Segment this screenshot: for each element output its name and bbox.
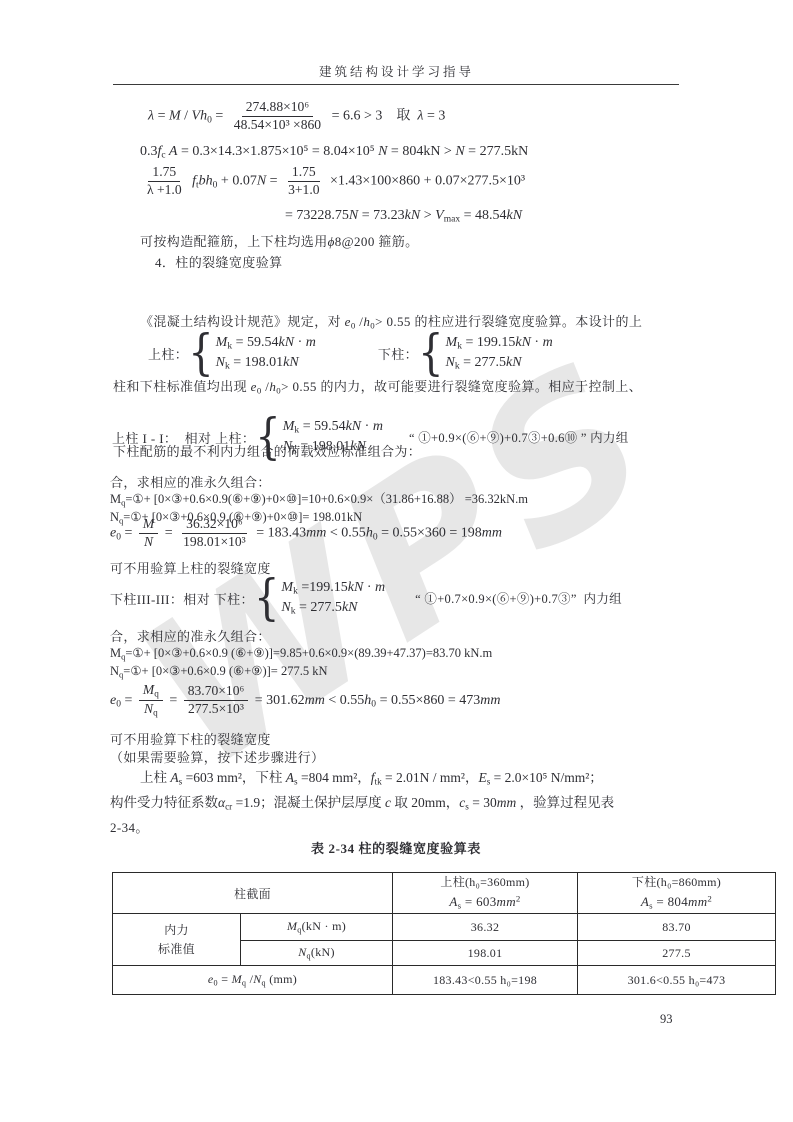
document-page: WPS 建筑结构设计学习指导 λ = M / Vh0 = 274.88×10⁶4…: [0, 0, 793, 1122]
formula-token: mm: [306, 526, 326, 541]
formula-token: A: [286, 770, 294, 785]
formula-token: M: [283, 419, 295, 434]
alpha-parameters-line: 构件受力特征系数αcr =1.9；混凝土保护层厚度 c 取 20mm，cs = …: [110, 794, 614, 813]
formula-token: 可按构造配箍筋，上下柱均选用: [140, 234, 328, 249]
fraction-numerator: 1.75: [288, 164, 320, 182]
fraction: 83.70×10⁶277.5×10³: [184, 683, 249, 718]
group-line-2: 标准值: [113, 940, 240, 959]
stirrup-note: 可按构造配箍筋，上下柱均选用ϕ8@200 箍筋。: [140, 231, 419, 250]
formula-token: = 603: [461, 894, 496, 909]
formula-token: ·: [531, 335, 543, 350]
formula-token: =: [121, 693, 136, 708]
fraction: 274.88×10⁶48.54×10³ ×860: [230, 99, 325, 134]
formula-token: = 0.55×360 = 198: [378, 526, 482, 541]
formula-token: A: [170, 770, 178, 785]
formula-token: = 804kN >: [387, 144, 455, 159]
formula-token: =①+ [0×③+0.6×0.9(⑥+⑨)+0×⑩]=10+0.6×0.9×（3…: [125, 492, 528, 506]
fraction: 36.32×10⁶198.01×10³: [179, 516, 250, 551]
standard-combination-row: 上柱： { Mk = 59.54kN · m Nk = 198.01kN 下柱：…: [148, 333, 553, 373]
formula-token: 0.3: [140, 144, 158, 159]
cases-lines: Mk = 199.15kN · m Nk = 277.5kN: [446, 335, 553, 371]
formula-token: N: [144, 701, 153, 716]
upper-column-I-I-row: 上柱 I - I： 相对 上柱： { Mk = 59.54kN · m Nk =…: [112, 417, 629, 457]
formula-token: N: [283, 439, 292, 454]
formula-token: M: [232, 972, 242, 986]
formula-token: = 59.54: [232, 335, 278, 350]
table-row-mq: 内力 标准值 Mq(kN · m) 36.32 83.70: [113, 914, 776, 941]
formula-token: =①+ [0×③+0.6×0.9 (⑥+⑨)]=9.85+0.6×0.9×(89…: [125, 646, 492, 660]
fraction: MqNq: [139, 682, 163, 719]
quasi-permanent-intro: 合，求相应的准永久组合：: [110, 472, 271, 491]
combination-quote: “ ①+0.9×(⑥+⑨)+0.7③+0.6⑩ ” 内力组: [409, 428, 629, 446]
formula-token: A: [641, 894, 649, 909]
nk-line: Nk = 198.01kN: [216, 355, 316, 372]
cases-lines: Mk =199.15kN · m Nk = 277.5kN: [281, 580, 385, 616]
formula-token: 2: [516, 893, 521, 903]
fraction-numerator: 36.32×10⁶: [182, 516, 247, 534]
formula-token: kN: [515, 335, 531, 350]
fraction: 1.75λ +1.0: [143, 164, 186, 199]
fraction-numerator: 1.75: [148, 164, 180, 182]
code-paragraph: 《混凝土结构设计规范》规定，对 e0 /h0> 0.55 的柱应进行裂缝宽度验算…: [113, 271, 685, 503]
mq-lower-cell: 83.70: [578, 914, 776, 941]
formula-token: kN: [350, 439, 366, 454]
formula-token: h: [366, 526, 373, 541]
formula-token: M: [143, 516, 154, 531]
formula-token: 2: [707, 893, 712, 903]
table-row-e0: e0 = Mq /Nq (mm) 183.43<0.55 h₀=198 301.…: [113, 966, 776, 995]
formula-token: N: [257, 174, 266, 189]
formula-token: bh: [199, 174, 213, 189]
upper-column-header-cell: 上柱(h₀=360mm) As = 603mm2: [393, 873, 578, 914]
formula-token: m: [373, 419, 383, 434]
fraction-denominator: N: [140, 534, 157, 551]
formula-token: N: [298, 945, 306, 959]
fraction: 1.753+1.0: [284, 164, 323, 199]
formula-token: N: [349, 208, 358, 223]
e0-lower-cell: 301.6<0.55 h₀=473: [578, 966, 776, 995]
formula-token: = 199.15: [462, 335, 515, 350]
combination-quote: “ ①+0.7×0.9×(⑥+⑨)+0.7③” 内力组: [415, 589, 622, 607]
formula-token: > 0.55 的内力，故可能要进行裂缝宽度验算。相应于控制上、: [281, 379, 642, 394]
group-line-1: 内力: [113, 921, 240, 940]
formula-token: = 277.5: [460, 355, 506, 370]
formula-token: N: [455, 144, 464, 159]
formula-token: =: [161, 526, 176, 541]
formula-token: tk: [375, 777, 382, 787]
formula-token: M: [281, 580, 293, 595]
formula-token: kN: [342, 600, 358, 615]
formula-token: = 804: [653, 894, 688, 909]
formula-token: ·: [361, 419, 373, 434]
formula-token: =: [218, 972, 232, 986]
lower-III-III-label: 下柱III-III：相对 下柱：: [110, 589, 254, 608]
formula-token: = 2.0×10⁵ N/mm²；: [490, 770, 602, 785]
formula-token: 上柱: [140, 770, 170, 785]
formula-token: mm: [480, 693, 500, 708]
formula-token: =: [266, 174, 281, 189]
group-label-cell: 内力 标准值: [113, 914, 241, 966]
formula-token: 《混凝土结构设计规范》规定，对: [140, 314, 345, 329]
formula-token: = 59.54: [299, 419, 345, 434]
formula-token: /: [181, 109, 192, 124]
nk-line: Nk = 198.01kN: [283, 439, 383, 456]
formula-token: M: [110, 646, 121, 660]
fraction-denominator: 48.54×10³ ×860: [230, 117, 325, 134]
formula-token: = 3: [423, 109, 445, 124]
formula-token: N: [216, 355, 225, 370]
formula-token: (mm): [266, 972, 297, 986]
mk-line: Mk = 59.54kN · m: [216, 335, 316, 352]
formula-token: =①+ [0×③+0.6×0.9 (⑥+⑨)]= 277.5 kN: [123, 664, 327, 678]
formula-token: =199.15: [298, 580, 348, 595]
formula-token: =: [166, 693, 181, 708]
quasi-permanent-intro: 合，求相应的准永久组合：: [110, 626, 271, 645]
formula-token: kN: [283, 355, 299, 370]
left-brace: {: [188, 329, 213, 378]
formula-token: M: [110, 492, 121, 506]
lower-column-label: 下柱：: [378, 344, 418, 363]
mq-upper-cell: 36.32: [393, 914, 578, 941]
formula-token: q: [153, 708, 158, 718]
formula-token: =: [121, 526, 136, 541]
fraction-denominator: 277.5×10³: [184, 701, 248, 718]
fraction-denominator: 198.01×10³: [179, 534, 250, 551]
no-check-lower-note: 可不用验算下柱的裂缝宽度: [110, 729, 271, 748]
formula-token: =: [212, 109, 227, 124]
table-caption: 表 2-34 柱的裂缝宽度验算表: [113, 838, 679, 857]
formula-token: f: [189, 174, 196, 189]
formula-token: 8@200 箍筋。: [335, 234, 419, 249]
formula-token: ×1.43×100×860 + 0.07×277.5×10³: [327, 174, 526, 189]
left-brace: {: [255, 413, 280, 462]
formula-token: =603 mm²，下柱: [182, 770, 286, 785]
formula-token: < 0.55: [326, 526, 365, 541]
formula-token: mm: [305, 693, 325, 708]
nk-line: Nk = 277.5kN: [281, 600, 385, 617]
lower-h0: 下柱(h₀=860mm): [578, 873, 775, 892]
page-header-title: 建筑结构设计学习指导: [0, 62, 793, 80]
formula-token: = 0.3×14.3×1.875×10⁵ = 8.04×10⁵: [177, 144, 378, 159]
formula-token: =: [154, 109, 169, 124]
lower-column-cases: { Mk = 199.15kN · m Nk = 277.5kN: [418, 333, 553, 373]
formula-token: = 198.01: [230, 355, 283, 370]
table-header-row: 柱截面 上柱(h₀=360mm) As = 603mm2 下柱(h₀=860mm…: [113, 873, 776, 914]
upper-column-label: 上柱：: [148, 344, 188, 363]
formula-token: 取 20mm，: [391, 795, 459, 810]
formula-token: = 0.55×860 = 473: [376, 693, 480, 708]
upper-as: As = 603mm2: [393, 892, 577, 913]
formula-token: (kN · m): [302, 919, 346, 933]
formula-token: mm: [688, 894, 707, 909]
formula-token: = 301.62: [251, 693, 304, 708]
material-parameters-line: 上柱 As =603 mm²，下柱 As =804 mm²，ftk = 2.01…: [140, 769, 603, 788]
mq-label-cell: Mq(kN · m): [241, 914, 393, 941]
mk-line: Mk = 199.15kN · m: [446, 335, 553, 352]
formula-token: max: [444, 215, 460, 225]
mq-combination-lower: Mq=①+ [0×③+0.6×0.9 (⑥+⑨)]=9.85+0.6×0.9×(…: [110, 645, 492, 663]
formula-token: q: [154, 689, 159, 699]
upper-column-cases: { Mk = 59.54kN · m Nk = 198.01kN: [188, 333, 316, 373]
formula-token: E: [478, 770, 486, 785]
lower-III-III-cases: { Mk =199.15kN · m Nk = 277.5kN: [254, 578, 385, 618]
formula-token: = 73.23: [358, 208, 404, 223]
formula-token: < 0.55: [325, 693, 364, 708]
formula-token: =804 mm²，: [298, 770, 371, 785]
formula-token: m: [306, 335, 316, 350]
formula-token: N: [110, 664, 119, 678]
fraction-denominator: λ +1.0: [143, 182, 186, 199]
formula-token: ϕ: [328, 234, 335, 249]
formula-token: = 30: [469, 795, 497, 810]
formula-token: A: [449, 894, 457, 909]
formula-token: N: [144, 534, 153, 549]
no-check-upper-note: 可不用验算上柱的裂缝宽度: [110, 558, 271, 577]
formula-token: > 0.55 的柱应进行裂缝宽度验算。本设计的上: [375, 314, 642, 329]
formula-token: kN: [405, 208, 421, 223]
mk-line: Mk = 59.54kN · m: [283, 419, 383, 436]
formula-token: M: [216, 335, 228, 350]
upper-h0: 上柱(h₀=360mm): [393, 873, 577, 892]
section-4-heading: 4．柱的裂缝宽度验算: [155, 252, 283, 271]
formula-token: m: [375, 580, 385, 595]
formula-token: = 277.5kN: [465, 144, 529, 159]
formula-token: m: [543, 335, 553, 350]
nq-label-cell: Nq(kN): [241, 941, 393, 966]
fraction-numerator: Mq: [139, 682, 163, 701]
lower-column-III-III-row: 下柱III-III：相对 下柱： { Mk =199.15kN · m Nk =…: [110, 578, 622, 618]
formula-lambda: λ = M / Vh0 = 274.88×10⁶48.54×10³ ×860 =…: [148, 99, 445, 134]
lower-as: As = 804mm2: [578, 892, 775, 913]
crack-width-table-wrap: 柱截面 上柱(h₀=360mm) As = 603mm2 下柱(h₀=860mm…: [112, 872, 776, 995]
section-header-cell: 柱截面: [113, 873, 393, 914]
formula-token: M: [287, 919, 297, 933]
formula-token: N: [281, 600, 290, 615]
e0-label-cell: e0 = Mq /Nq (mm): [113, 966, 393, 995]
cases-lines: Mk = 59.54kN · m Nk = 198.01kN: [283, 419, 383, 455]
left-brace: {: [254, 574, 279, 623]
formula-token: M: [169, 109, 181, 124]
e0-check-lower: e0 = MqNq = 83.70×10⁶277.5×10³ = 301.62m…: [110, 682, 500, 719]
formula-token: (kN): [311, 945, 335, 959]
formula-token: ·: [294, 335, 306, 350]
formula-token: mm: [482, 526, 502, 541]
formula-token: mm: [497, 894, 516, 909]
mq-combination-upper: Mq=①+ [0×③+0.6×0.9(⑥+⑨)+0×⑩]=10+0.6×0.9×…: [110, 491, 528, 509]
formula-shear-capacity: 1.75λ +1.0 ftbh0 + 0.07N = 1.753+1.0 ×1.…: [140, 164, 525, 199]
mk-line: Mk =199.15kN · m: [281, 580, 385, 597]
nq-lower-cell: 277.5: [578, 941, 776, 966]
formula-token: A: [166, 144, 178, 159]
upper-I-I-cases: { Mk = 59.54kN · m Nk = 198.01kN: [255, 417, 383, 457]
lower-column-header-cell: 下柱(h₀=860mm) As = 804mm2: [578, 873, 776, 914]
formula-shear-result: = 73228.75N = 73.23kN > Vmax = 48.54kN: [285, 207, 522, 227]
formula-token: V: [435, 208, 444, 223]
upper-I-I-label: 上柱 I - I： 相对 上柱：: [112, 428, 255, 447]
formula-token: 构件受力特征系数: [110, 795, 218, 810]
formula-token: = 198.01: [297, 439, 350, 454]
formula-token: = 73228.75: [285, 208, 349, 223]
formula-token: kN: [348, 580, 364, 595]
formula-token: + 0.07: [217, 174, 256, 189]
formula-token: =1.9；混凝土保护层厚度: [232, 795, 385, 810]
formula-token: kN: [346, 419, 362, 434]
formula-token: = 6.6 > 3 取: [328, 109, 417, 124]
fraction-numerator: 274.88×10⁶: [242, 99, 313, 117]
fraction: MN: [139, 516, 158, 551]
formula-token: 柱和下柱标准值均出现: [113, 379, 251, 394]
formula-token: ·: [363, 580, 375, 595]
fraction-denominator: 3+1.0: [284, 182, 323, 199]
fraction-numerator: 83.70×10⁶: [184, 683, 249, 701]
page-number: 93: [660, 1012, 673, 1027]
nk-line: Nk = 277.5kN: [446, 355, 553, 372]
formula-token: = 277.5: [296, 600, 342, 615]
formula-axial-check: 0.3fc A = 0.3×14.3×1.875×10⁵ = 8.04×10⁵ …: [140, 143, 528, 163]
e0-upper-cell: 183.43<0.55 h₀=198: [393, 966, 578, 995]
e0-check-upper: e0 = MN = 36.32×10⁶198.01×10³ = 183.43mm…: [110, 516, 502, 551]
formula-token: = 2.01N / mm²，: [382, 770, 479, 785]
fraction-numerator: M: [139, 516, 158, 534]
formula-token: M: [143, 682, 154, 697]
table-reference: 2-34。: [110, 817, 149, 836]
nq-upper-cell: 198.01: [393, 941, 578, 966]
formula-token: N: [446, 355, 455, 370]
left-brace: {: [418, 329, 443, 378]
nq-combination-lower: Nq=①+ [0×③+0.6×0.9 (⑥+⑨)]= 277.5 kN: [110, 663, 328, 681]
fraction-denominator: Nq: [140, 701, 162, 719]
formula-token: kN: [506, 208, 522, 223]
cases-lines: Mk = 59.54kN · m Nk = 198.01kN: [216, 335, 316, 371]
crack-width-table: 柱截面 上柱(h₀=360mm) As = 603mm2 下柱(h₀=860mm…: [112, 872, 776, 995]
formula-token: ，验算过程见表: [516, 795, 614, 810]
formula-token: mm: [497, 795, 517, 810]
formula-token: N: [253, 972, 261, 986]
formula-token: kN: [506, 355, 522, 370]
formula-token: >: [420, 208, 435, 223]
formula-token: = 48.54: [460, 208, 506, 223]
if-needed-note: （如果需要验算，按下述步骤进行）: [110, 747, 324, 766]
formula-token: kN: [279, 335, 295, 350]
header-divider: [113, 84, 679, 85]
formula-token: Vh: [192, 109, 208, 124]
formula-token: = 183.43: [253, 526, 306, 541]
formula-token: M: [446, 335, 458, 350]
